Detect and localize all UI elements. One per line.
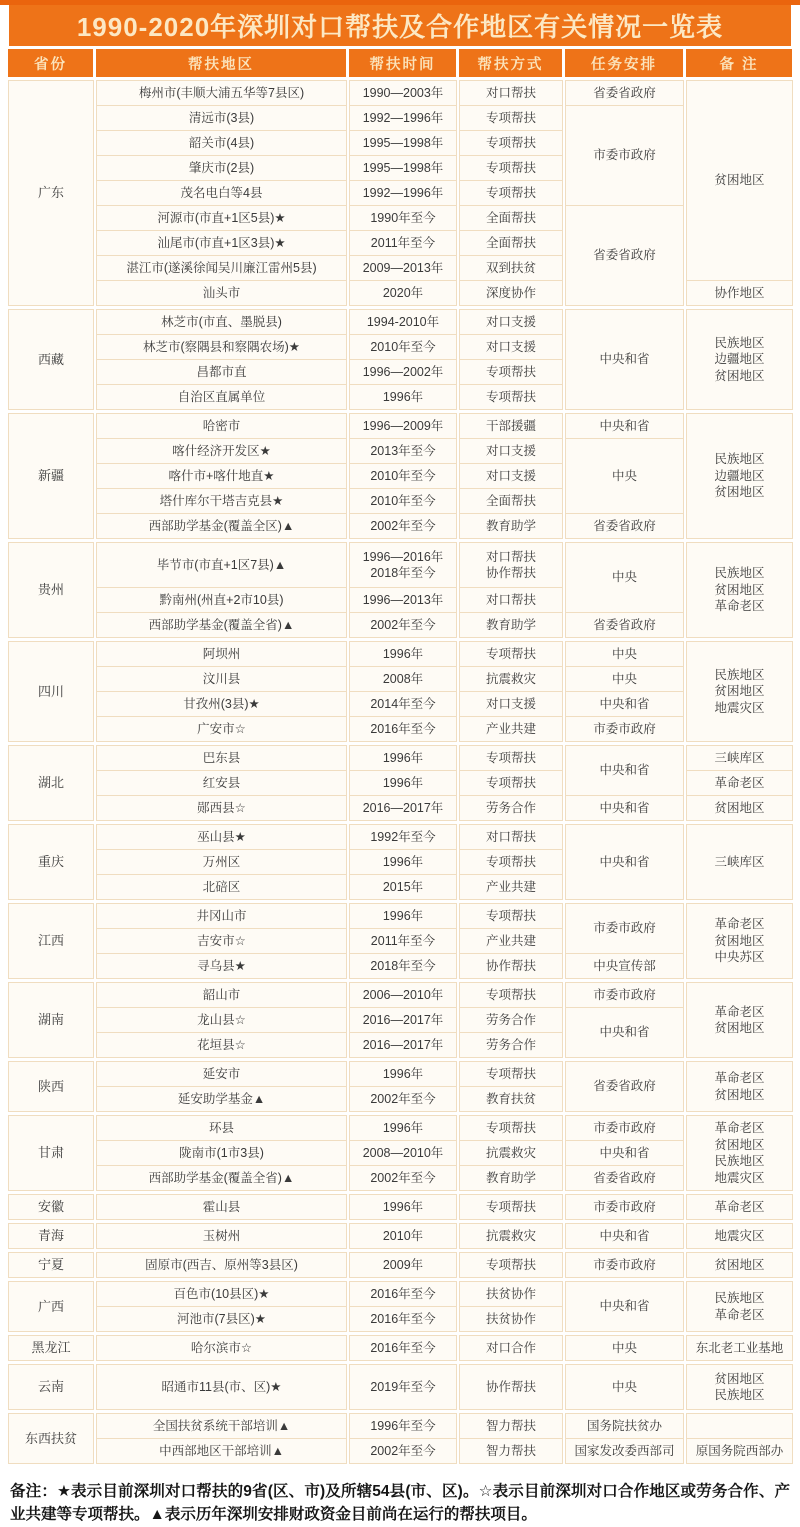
cell-time: 2010年至今: [350, 489, 457, 514]
table-row: 重庆巫山县★1992年至今对口帮扶中央和省三峡库区: [9, 825, 793, 850]
cell-region: 塔什库尔干塔吉克县★: [97, 489, 347, 514]
cell-method: 抗震救灾: [460, 1141, 563, 1166]
column-gap: [684, 489, 687, 514]
cell-time: 1996年: [350, 850, 457, 875]
cell-method: 对口合作: [460, 1336, 563, 1361]
cell-remark: 贫困地区 民族地区: [687, 1365, 793, 1410]
cell-time: 2010年: [350, 1224, 457, 1249]
cell-time: 2016年至今: [350, 1282, 457, 1307]
column-gap: [684, 360, 687, 385]
cell-province: 宁夏: [9, 1253, 94, 1278]
province-section: 宁夏固原市(西吉、原州等3县区)2009年专项帮扶市委市政府贫困地区: [8, 1252, 793, 1278]
cell-task: 市委市政府: [566, 1253, 684, 1278]
cell-remark: 协作地区: [687, 281, 793, 306]
cell-method: 扶贫协作: [460, 1282, 563, 1307]
cell-region: 花垣县☆: [97, 1033, 347, 1058]
table-row: 陕西延安市1996年专项帮扶省委省政府革命老区 贫困地区: [9, 1062, 793, 1087]
cell-province: 东西扶贫: [9, 1414, 94, 1464]
cell-task: 中央: [566, 667, 684, 692]
cell-region: 自治区直属单位: [97, 385, 347, 410]
cell-method: 干部援疆: [460, 414, 563, 439]
column-gap: [684, 439, 687, 464]
cell-time: 2002年至今: [350, 613, 457, 638]
table-row: 广东梅州市(丰顺大浦五华等7县区)1990—2003年对口帮扶省委省政府贫困地区: [9, 81, 793, 106]
cell-province: 重庆: [9, 825, 94, 900]
cell-method: 对口帮扶 协作帮扶: [460, 543, 563, 588]
cell-time: 1996年: [350, 385, 457, 410]
cell-region: 河池市(7县区)★: [97, 1307, 347, 1332]
cell-time: 1992—1996年: [350, 181, 457, 206]
cell-remark: 民族地区 贫困地区 革命老区: [687, 543, 793, 638]
column-gap: [684, 929, 687, 954]
column-header: 帮扶方式: [459, 49, 562, 77]
cell-time: 2013年至今: [350, 439, 457, 464]
cell-time: 1992—1996年: [350, 106, 457, 131]
column-gap: [563, 256, 566, 281]
cell-time: 1996年: [350, 642, 457, 667]
province-section: 甘肃环县1996年专项帮扶市委市政府革命老区 贫困地区 民族地区 地震灾区陇南市…: [8, 1115, 793, 1191]
cell-time: 1990—2003年: [350, 81, 457, 106]
column-gap: [684, 1141, 687, 1166]
cell-time: 1996年: [350, 1062, 457, 1087]
cell-task: 中央: [566, 1336, 684, 1361]
cell-time: 2016年至今: [350, 1336, 457, 1361]
column-gap: [563, 156, 566, 181]
cell-time: 2010年至今: [350, 464, 457, 489]
column-gap: [563, 1087, 566, 1112]
cell-region: 肇庆市(2县): [97, 156, 347, 181]
cell-region: 林芝市(察隅县和察隅农场)★: [97, 335, 347, 360]
cell-task: 中央: [566, 1365, 684, 1410]
cell-time: 1996—2013年: [350, 588, 457, 613]
table-body: 省份帮扶地区帮扶时间帮扶方式任务安排备 注广东梅州市(丰顺大浦五华等7县区)19…: [8, 49, 792, 1464]
province-section: 广西百色市(10县区)★2016年至今扶贫协作中央和省民族地区 革命老区河池市(…: [8, 1281, 793, 1332]
cell-method: 专项帮扶: [460, 850, 563, 875]
column-gap: [684, 667, 687, 692]
cell-remark: 地震灾区: [687, 1224, 793, 1249]
cell-remark: 革命老区 贫困地区 民族地区 地震灾区: [687, 1116, 793, 1191]
header-row: 省份帮扶地区帮扶时间帮扶方式任务安排备 注: [8, 49, 792, 77]
cell-province: 新疆: [9, 414, 94, 539]
column-gap: [684, 850, 687, 875]
table-row: 云南昭通市11县(市、区)★2019年至今协作帮扶中央贫困地区 民族地区: [9, 1365, 793, 1410]
province-section: 四川阿坝州1996年专项帮扶中央民族地区 贫困地区 地震灾区汶川县2008年抗震…: [8, 641, 793, 742]
cell-remark: 革命老区: [687, 771, 793, 796]
cell-region: 韶关市(4县): [97, 131, 347, 156]
table-row: 黑龙江哈尔滨市☆2016年至今对口合作中央东北老工业基地: [9, 1336, 793, 1361]
cell-time: 2009年: [350, 1253, 457, 1278]
column-header: 帮扶地区: [96, 49, 346, 77]
cell-method: 对口支援: [460, 692, 563, 717]
cell-task: 省委省政府: [566, 1062, 684, 1112]
cell-method: 教育扶贫: [460, 1087, 563, 1112]
cell-method: 对口帮扶: [460, 588, 563, 613]
cell-time: 1996年: [350, 1116, 457, 1141]
cell-region: 寻乌县★: [97, 954, 347, 979]
cell-method: 专项帮扶: [460, 904, 563, 929]
cell-task: 中央和省: [566, 746, 684, 796]
cell-province: 青海: [9, 1224, 94, 1249]
cell-task: 市委市政府: [566, 106, 684, 206]
column-gap: [684, 156, 687, 181]
cell-region: 喀什市+喀什地直★: [97, 464, 347, 489]
cell-method: 专项帮扶: [460, 385, 563, 410]
cell-task: 中央: [566, 543, 684, 613]
province-section: 新疆哈密市1996—2009年干部援疆中央和省民族地区 边疆地区 贫困地区喀什经…: [8, 413, 793, 539]
cell-time: 2011年至今: [350, 231, 457, 256]
cell-region: 哈密市: [97, 414, 347, 439]
column-gap: [563, 875, 566, 900]
column-gap: [684, 1033, 687, 1058]
cell-remark: 贫困地区: [687, 81, 793, 281]
cell-remark: 革命老区 贫困地区 中央苏区: [687, 904, 793, 979]
table-row: 河源市(市直+1区5县)★1990年至今全面帮扶省委省政府: [9, 206, 793, 231]
cell-region: 郧西县☆: [97, 796, 347, 821]
cell-method: 产业共建: [460, 875, 563, 900]
cell-region: 巫山县★: [97, 825, 347, 850]
cell-region: 广安市☆: [97, 717, 347, 742]
cell-province: 贵州: [9, 543, 94, 638]
cell-time: 1992年至今: [350, 825, 457, 850]
cell-task: 中央和省: [566, 1141, 684, 1166]
cell-method: 教育助学: [460, 613, 563, 638]
table-row: 广安市☆2016年至今产业共建市委市政府: [9, 717, 793, 742]
cell-method: 劳务合作: [460, 1008, 563, 1033]
cell-task: 中央和省: [566, 825, 684, 900]
cell-method: 专项帮扶: [460, 181, 563, 206]
column-gap: [684, 131, 687, 156]
cell-time: 1996年: [350, 771, 457, 796]
cell-method: 扶贫协作: [460, 1307, 563, 1332]
cell-region: 汕头市: [97, 281, 347, 306]
assistance-table: 省份帮扶地区帮扶时间帮扶方式任务安排备 注广东梅州市(丰顺大浦五华等7县区)19…: [0, 46, 800, 1464]
cell-time: 2016—2017年: [350, 1008, 457, 1033]
cell-time: 2016年至今: [350, 717, 457, 742]
cell-province: 黑龙江: [9, 1336, 94, 1361]
column-gap: [684, 181, 687, 206]
cell-method: 协作帮扶: [460, 1365, 563, 1410]
column-gap: [684, 256, 687, 281]
cell-method: 全面帮扶: [460, 489, 563, 514]
cell-remark: 革命老区 贫困地区: [687, 1062, 793, 1112]
column-header: 省份: [8, 49, 93, 77]
cell-remark: 原国务院西部办: [687, 1439, 793, 1464]
cell-remark: 民族地区 贫困地区 地震灾区: [687, 642, 793, 742]
cell-region: 汕尾市(市直+1区3县)★: [97, 231, 347, 256]
column-gap: [563, 464, 566, 489]
cell-province: 湖南: [9, 983, 94, 1058]
column-gap: [563, 131, 566, 156]
column-header: 帮扶时间: [349, 49, 456, 77]
cell-region: 陇南市(1市3县): [97, 1141, 347, 1166]
column-gap: [684, 1087, 687, 1112]
cell-task: 中央和省: [566, 796, 684, 821]
cell-task: 省委省政府: [566, 81, 684, 106]
column-gap: [684, 954, 687, 979]
cell-method: 对口帮扶: [460, 81, 563, 106]
column-header: 备 注: [686, 49, 792, 77]
table-row: 甘孜州(3县)★2014年至今对口支援中央和省: [9, 692, 793, 717]
cell-time: 1996—2016年 2018年至今: [350, 543, 457, 588]
table-row: 陇南市(1市3县)2008—2010年抗震救灾中央和省: [9, 1141, 793, 1166]
cell-method: 智力帮扶: [460, 1414, 563, 1439]
table-row: 寻乌县★2018年至今协作帮扶中央宣传部: [9, 954, 793, 979]
cell-task: 中央和省: [566, 1224, 684, 1249]
cell-region: 西部助学基金(覆盖全省)▲: [97, 1166, 347, 1191]
cell-region: 毕节市(市直+1区7县)▲: [97, 543, 347, 588]
column-gap: [684, 464, 687, 489]
cell-method: 对口帮扶: [460, 825, 563, 850]
cell-remark: 民族地区 革命老区: [687, 1282, 793, 1332]
cell-method: 对口支援: [460, 464, 563, 489]
cell-region: 西部助学基金(覆盖全省)▲: [97, 613, 347, 638]
page-title: 1990-2020年深圳对口帮扶及合作地区有关情况一览表: [9, 5, 791, 46]
cell-region: 阿坝州: [97, 642, 347, 667]
cell-remark: [687, 1414, 793, 1439]
table-row: 东西扶贫全国扶贫系统干部培训▲1996年至今智力帮扶国务院扶贫办: [9, 1414, 793, 1439]
cell-region: 汶川县: [97, 667, 347, 692]
province-section: 青海玉树州2010年抗震救灾中央和省地震灾区: [8, 1223, 793, 1249]
table-row: 西部助学基金(覆盖全省)▲2002年至今教育助学省委省政府: [9, 1166, 793, 1191]
column-gap: [563, 588, 566, 613]
cell-task: 市委市政府: [566, 717, 684, 742]
cell-time: 2002年至今: [350, 1087, 457, 1112]
column-gap: [684, 1008, 687, 1033]
cell-time: 2002年至今: [350, 514, 457, 539]
cell-region: 巴东县: [97, 746, 347, 771]
cell-task: 省委省政府: [566, 1166, 684, 1191]
cell-remark: 三峡库区: [687, 746, 793, 771]
cell-method: 劳务合作: [460, 1033, 563, 1058]
cell-region: 哈尔滨市☆: [97, 1336, 347, 1361]
cell-region: 延安助学基金▲: [97, 1087, 347, 1112]
column-gap: [563, 771, 566, 796]
cell-method: 专项帮扶: [460, 771, 563, 796]
province-section: 江西井冈山市1996年专项帮扶市委市政府革命老区 贫困地区 中央苏区吉安市☆20…: [8, 903, 793, 979]
cell-remark: 三峡库区: [687, 825, 793, 900]
cell-remark: 贫困地区: [687, 1253, 793, 1278]
cell-method: 抗震救灾: [460, 1224, 563, 1249]
cell-region: 湛江市(遂溪徐闻吴川廉江雷州5县): [97, 256, 347, 281]
cell-method: 深度协作: [460, 281, 563, 306]
cell-remark: 革命老区 贫困地区: [687, 983, 793, 1058]
cell-province: 湖北: [9, 746, 94, 821]
table-row: 青海玉树州2010年抗震救灾中央和省地震灾区: [9, 1224, 793, 1249]
column-gap: [684, 1307, 687, 1332]
column-gap: [684, 231, 687, 256]
column-gap: [563, 929, 566, 954]
cell-method: 专项帮扶: [460, 1253, 563, 1278]
column-gap: [684, 206, 687, 231]
cell-time: 2008—2010年: [350, 1141, 457, 1166]
cell-region: 固原市(西吉、原州等3县区): [97, 1253, 347, 1278]
province-section: 安徽霍山县1996年专项帮扶市委市政府革命老区: [8, 1194, 793, 1220]
cell-task: 中央和省: [566, 310, 684, 410]
cell-region: 玉树州: [97, 1224, 347, 1249]
cell-method: 专项帮扶: [460, 106, 563, 131]
table-row: 汶川县2008年抗震救灾中央: [9, 667, 793, 692]
cell-province: 广西: [9, 1282, 94, 1332]
cell-remark: 民族地区 边疆地区 贫困地区: [687, 414, 793, 539]
cell-region: 红安县: [97, 771, 347, 796]
cell-time: 1996年至今: [350, 1414, 457, 1439]
cell-task: 国务院扶贫办: [566, 1414, 684, 1439]
column-gap: [563, 385, 566, 410]
cell-task: 市委市政府: [566, 983, 684, 1008]
table-row: 湖北巴东县1996年专项帮扶中央和省三峡库区: [9, 746, 793, 771]
cell-method: 专项帮扶: [460, 746, 563, 771]
cell-remark: 革命老区: [687, 1195, 793, 1220]
cell-method: 专项帮扶: [460, 1062, 563, 1087]
cell-region: 中西部地区干部培训▲: [97, 1439, 347, 1464]
column-gap: [684, 106, 687, 131]
table-row: 西部助学基金(覆盖全省)▲2002年至今教育助学省委省政府: [9, 613, 793, 638]
table-row: 贵州毕节市(市直+1区7县)▲1996—2016年 2018年至今对口帮扶 协作…: [9, 543, 793, 588]
cell-province: 甘肃: [9, 1116, 94, 1191]
cell-time: 2009—2013年: [350, 256, 457, 281]
cell-time: 1990年至今: [350, 206, 457, 231]
province-section: 东西扶贫全国扶贫系统干部培训▲1996年至今智力帮扶国务院扶贫办中西部地区干部培…: [8, 1413, 793, 1464]
column-gap: [684, 588, 687, 613]
column-gap: [563, 335, 566, 360]
cell-method: 专项帮扶: [460, 156, 563, 181]
cell-time: 2016—2017年: [350, 796, 457, 821]
cell-time: 2002年至今: [350, 1439, 457, 1464]
cell-time: 1996—2002年: [350, 360, 457, 385]
cell-method: 双到扶贫: [460, 256, 563, 281]
table-row: 安徽霍山县1996年专项帮扶市委市政府革命老区: [9, 1195, 793, 1220]
column-gap: [563, 281, 566, 306]
cell-time: 2016—2017年: [350, 1033, 457, 1058]
table-row: 郧西县☆2016—2017年劳务合作中央和省贫困地区: [9, 796, 793, 821]
cell-method: 专项帮扶: [460, 1116, 563, 1141]
cell-region: 西部助学基金(覆盖全区)▲: [97, 514, 347, 539]
cell-region: 林芝市(市直、墨脱县): [97, 310, 347, 335]
table-row: 喀什经济开发区★2013年至今对口支援中央: [9, 439, 793, 464]
province-section: 贵州毕节市(市直+1区7县)▲1996—2016年 2018年至今对口帮扶 协作…: [8, 542, 793, 638]
cell-method: 专项帮扶: [460, 360, 563, 385]
column-gap: [684, 875, 687, 900]
cell-region: 万州区: [97, 850, 347, 875]
column-gap: [684, 514, 687, 539]
column-gap: [563, 360, 566, 385]
cell-method: 教育助学: [460, 1166, 563, 1191]
cell-task: 中央和省: [566, 692, 684, 717]
cell-time: 1995—1998年: [350, 156, 457, 181]
cell-region: 北碚区: [97, 875, 347, 900]
cell-task: 省委省政府: [566, 514, 684, 539]
cell-region: 环县: [97, 1116, 347, 1141]
column-gap: [563, 231, 566, 256]
column-gap: [684, 385, 687, 410]
column-gap: [563, 850, 566, 875]
cell-region: 霍山县: [97, 1195, 347, 1220]
column-gap: [563, 1033, 566, 1058]
cell-method: 教育助学: [460, 514, 563, 539]
cell-time: 2006—2010年: [350, 983, 457, 1008]
cell-time: 1996—2009年: [350, 414, 457, 439]
cell-region: 井冈山市: [97, 904, 347, 929]
cell-province: 江西: [9, 904, 94, 979]
province-section: 湖南韶山市2006—2010年专项帮扶市委市政府革命老区 贫困地区龙山县☆201…: [8, 982, 793, 1058]
column-gap: [684, 692, 687, 717]
cell-region: 延安市: [97, 1062, 347, 1087]
column-gap: [563, 489, 566, 514]
cell-task: 中央和省: [566, 414, 684, 439]
table-row: 江西井冈山市1996年专项帮扶市委市政府革命老区 贫困地区 中央苏区: [9, 904, 793, 929]
cell-region: 清远市(3县): [97, 106, 347, 131]
cell-region: 黔南州(州直+2市10县): [97, 588, 347, 613]
cell-region: 昭通市11县(市、区)★: [97, 1365, 347, 1410]
province-section: 广东梅州市(丰顺大浦五华等7县区)1990—2003年对口帮扶省委省政府贫困地区…: [8, 80, 793, 306]
cell-method: 对口支援: [460, 310, 563, 335]
province-section: 陕西延安市1996年专项帮扶省委省政府革命老区 贫困地区延安助学基金▲2002年…: [8, 1061, 793, 1112]
cell-task: 市委市政府: [566, 904, 684, 954]
table-row: 龙山县☆2016—2017年劳务合作中央和省: [9, 1008, 793, 1033]
table-row: 清远市(3县)1992—1996年专项帮扶市委市政府: [9, 106, 793, 131]
cell-province: 安徽: [9, 1195, 94, 1220]
cell-region: 茂名电白等4县: [97, 181, 347, 206]
cell-method: 协作帮扶: [460, 954, 563, 979]
cell-task: 省委省政府: [566, 206, 684, 306]
table-row: 西藏林芝市(市直、墨脱县)1994-2010年对口支援中央和省民族地区 边疆地区…: [9, 310, 793, 335]
cell-time: 1995—1998年: [350, 131, 457, 156]
cell-province: 四川: [9, 642, 94, 742]
cell-province: 广东: [9, 81, 94, 306]
cell-region: 吉安市☆: [97, 929, 347, 954]
cell-method: 全面帮扶: [460, 206, 563, 231]
cell-method: 对口支援: [460, 439, 563, 464]
cell-province: 云南: [9, 1365, 94, 1410]
cell-method: 对口支援: [460, 335, 563, 360]
cell-method: 专项帮扶: [460, 983, 563, 1008]
cell-method: 劳务合作: [460, 796, 563, 821]
cell-region: 喀什经济开发区★: [97, 439, 347, 464]
cell-task: 省委省政府: [566, 613, 684, 638]
cell-time: 2018年至今: [350, 954, 457, 979]
column-gap: [684, 613, 687, 638]
cell-time: 2002年至今: [350, 1166, 457, 1191]
cell-task: 国家发改委西部司: [566, 1439, 684, 1464]
cell-province: 陕西: [9, 1062, 94, 1112]
table-row: 甘肃环县1996年专项帮扶市委市政府革命老区 贫困地区 民族地区 地震灾区: [9, 1116, 793, 1141]
cell-time: 1996年: [350, 1195, 457, 1220]
column-gap: [563, 1307, 566, 1332]
cell-time: 2019年至今: [350, 1365, 457, 1410]
cell-task: 市委市政府: [566, 1195, 684, 1220]
cell-remark: 贫困地区: [687, 796, 793, 821]
column-gap: [563, 181, 566, 206]
cell-region: 龙山县☆: [97, 1008, 347, 1033]
cell-time: 2015年: [350, 875, 457, 900]
table-row: 中西部地区干部培训▲2002年至今智力帮扶国家发改委西部司原国务院西部办: [9, 1439, 793, 1464]
province-section: 黑龙江哈尔滨市☆2016年至今对口合作中央东北老工业基地: [8, 1335, 793, 1361]
cell-time: 2010年至今: [350, 335, 457, 360]
column-gap: [684, 717, 687, 742]
table-row: 西部助学基金(覆盖全区)▲2002年至今教育助学省委省政府: [9, 514, 793, 539]
cell-time: 1996年: [350, 746, 457, 771]
cell-method: 专项帮扶: [460, 131, 563, 156]
table-row: 四川阿坝州1996年专项帮扶中央民族地区 贫困地区 地震灾区: [9, 642, 793, 667]
footnote: 备注：★表示目前深圳对口帮扶的9省(区、市)及所辖54县(市、区)。☆表示目前深…: [10, 1480, 790, 1527]
cell-task: 中央: [566, 642, 684, 667]
cell-province: 西藏: [9, 310, 94, 410]
cell-region: 昌都市直: [97, 360, 347, 385]
column-header: 任务安排: [565, 49, 683, 77]
cell-region: 梅州市(丰顺大浦五华等7县区): [97, 81, 347, 106]
column-gap: [684, 1166, 687, 1191]
cell-remark: 民族地区 边疆地区 贫困地区: [687, 310, 793, 410]
